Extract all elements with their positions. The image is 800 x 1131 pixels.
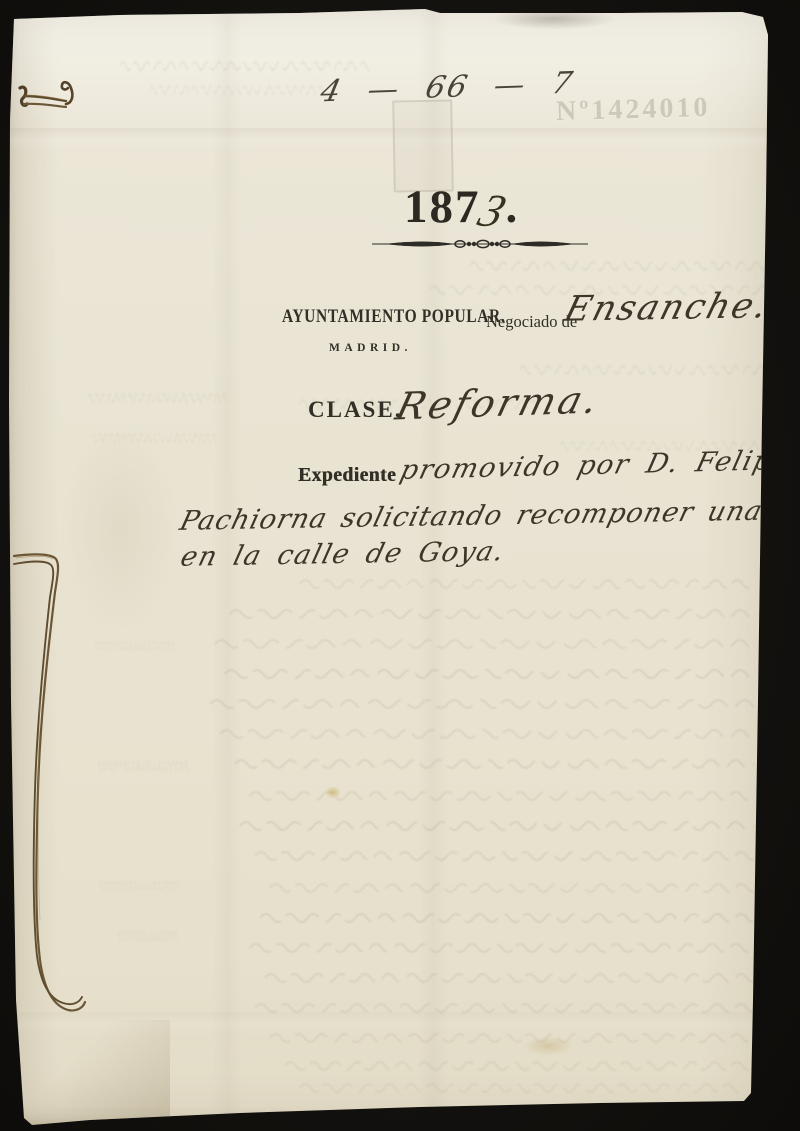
subject-handwritten-line-2: Pachiorna solicitando recomponer una tap… xyxy=(177,494,800,537)
institution-name: AYUNTAMIENTO POPULAR. xyxy=(282,306,505,328)
archive-reference-number: 4 — 66 — 7 xyxy=(317,66,577,110)
ornamental-divider xyxy=(372,235,588,253)
document-page: 4 — 66 — 7 Nº1424010 1873. xyxy=(0,0,800,1131)
year-heading: 1873. xyxy=(404,180,519,234)
city-name: MADRID. xyxy=(329,342,412,354)
document-content: 4 — 66 — 7 Nº1424010 1873. xyxy=(0,0,800,1131)
expediente-label: Expediente xyxy=(298,465,396,487)
embossed-stamp-number: Nº1424010 xyxy=(556,92,711,128)
scanned-document: 4 — 66 — 7 Nº1424010 1873. xyxy=(0,0,800,1131)
subject-handwritten-line-1: promovido por D. Felipe xyxy=(397,445,794,486)
year-printed-digits: 187 xyxy=(404,181,481,233)
subject-handwritten-line-3: en la calle de Goya. xyxy=(177,536,508,573)
department-handwritten-value: Ensanche. xyxy=(560,286,773,330)
class-handwritten-value: Reforma. xyxy=(392,378,606,429)
class-label: CLASE. xyxy=(308,397,402,423)
